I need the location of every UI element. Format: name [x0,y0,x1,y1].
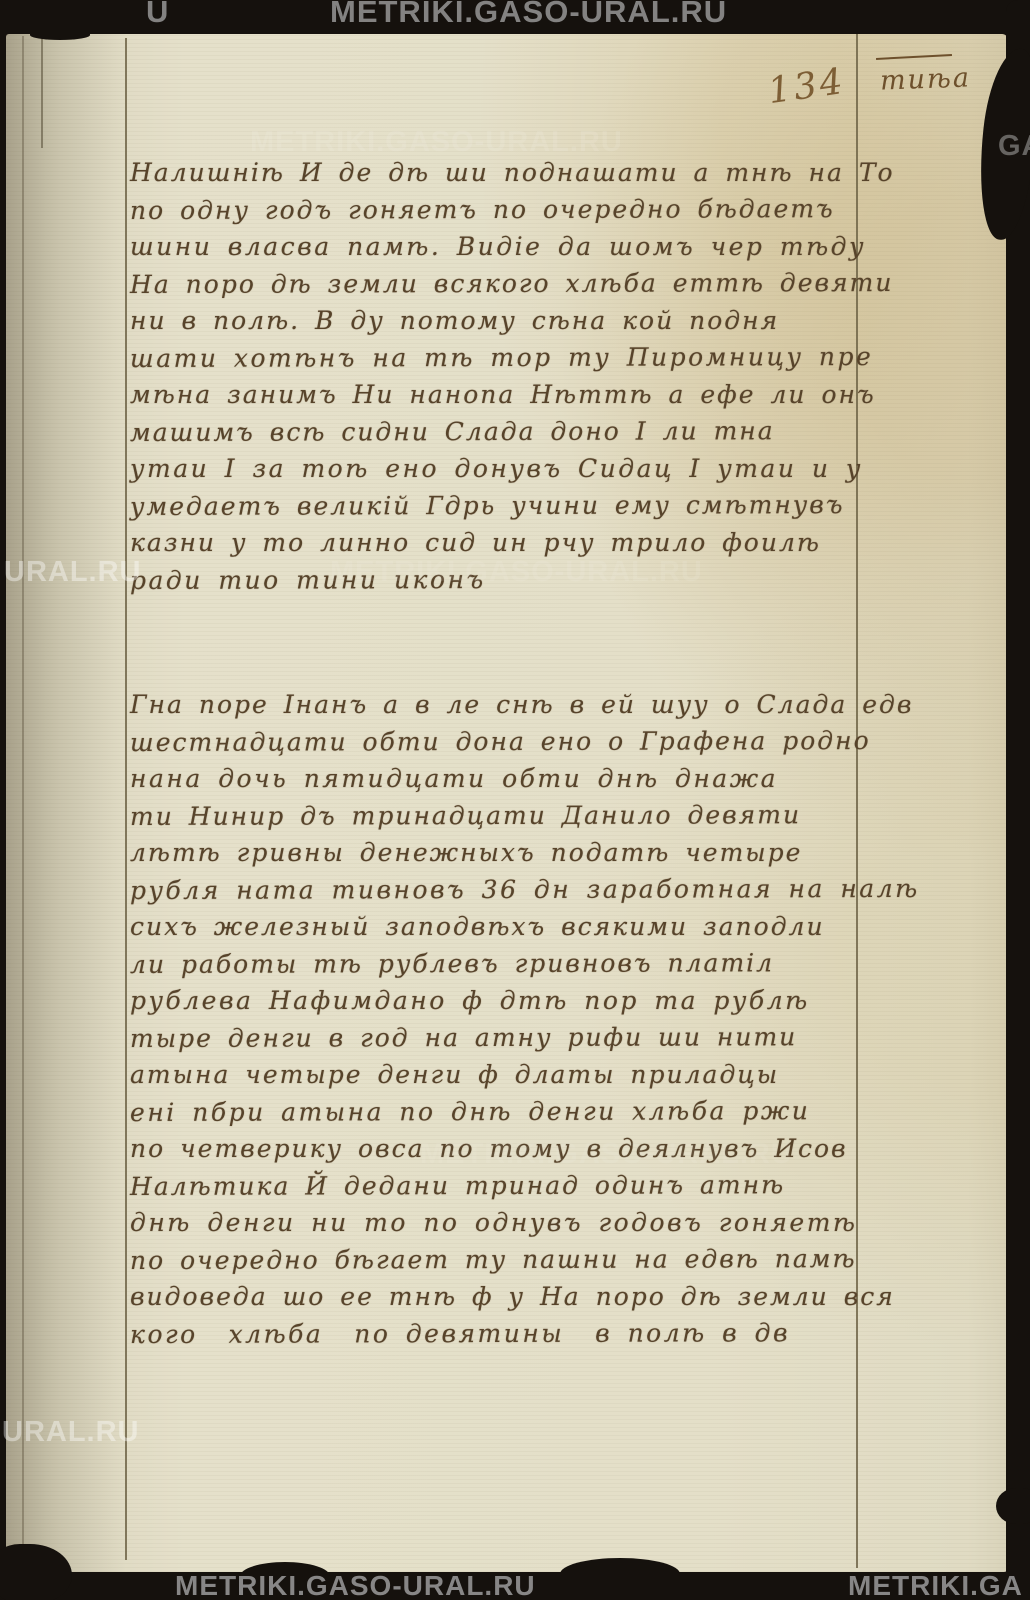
manuscript-line: нана дочь пятидцати обти днѣ днажа [130,760,858,797]
manuscript-line: лѣтѣ гривны денежныхъ податѣ четыре [130,834,858,871]
left-margin-rule [125,38,127,1560]
manuscript-line: Налѣтика Й дедани тринад одинъ атнѣ [130,1166,858,1205]
manuscript-line: тыре денги в год на атну рифи ши нити [130,1018,858,1057]
torn-top-notch [30,30,90,40]
manuscript-line: енi пбри атына по днѣ денги хлѣба ржи [130,1092,858,1131]
underlying-folio-edge [41,36,43,148]
manuscript-line: утаи I за тоѣ ено донувъ Сидац I утаи и … [130,450,858,487]
manuscript-line: ти Нинир дъ тринадцати Данило девяти [130,796,858,835]
watermark-ghost: METRIKI.GASO-URAL.RU [420,1138,793,1171]
manuscript-line: сихъ железный заподвѣхъ всякими заподли [130,908,858,945]
manuscript-line: Гна поре Iнанъ а в ле снѣ в ей шуу о Сла… [130,686,858,723]
watermark-right-fragment: GA [998,130,1030,163]
manuscript-paragraph-1: Налишнiѣ И де дѣ ши поднашати а тнѣ на Т… [130,154,858,598]
watermark-bottom: METRIKI.GASO-URAL.RU [175,1570,536,1600]
manuscript-line: На поро дѣ земли всякого хлѣба еттѣ девя… [130,264,858,303]
manuscript-line: мѣна занимъ Ни нанопа Нѣттѣ а ефе ли онъ [130,376,858,413]
manuscript-line: ли работы тѣ рублевъ гривновъ платiл [130,944,858,983]
manuscript-line: рублева Нафимдано ф дтѣ пор та рублѣ [130,982,858,1019]
manuscript-line: шини власва памѣ. Видiе да шомъ чер тѣду [130,228,858,265]
manuscript-line: атына четыре денги ф длаты приладцы [130,1056,858,1093]
watermark-left-fragment: URAL.RU [2,1416,140,1449]
manuscript-line: шестнадцати обти дона ено о Графена родн… [130,722,858,761]
manuscript-line: рубля ната тивновъ 36 дн заработная на н… [130,870,858,909]
manuscript-line: умедаетъ великiй Гдрь учини ему смѣтнувъ [130,486,858,525]
manuscript-line: машимъ всѣ сидни Слада доно I ли тна [130,412,858,451]
watermark-ghost: METRIKI.GASO-URAL.RU [330,556,703,589]
manuscript-line: Налишнiѣ И де дѣ ши поднашати а тнѣ на Т… [130,154,858,191]
manuscript-line: по одну годъ гоняетъ по очередно бѣдаетъ [130,190,858,229]
manuscript-line: днѣ денги ни то по однувъ годовъ гоняетѣ [130,1204,858,1241]
manuscript-scan-viewport: 134 тиѣа Налишнiѣ И де дѣ ши поднашати а… [0,0,1030,1600]
watermark-left-fragment: URAL.RU [4,556,142,589]
manuscript-line: видоведа шо ее тнѣ ф у На поро дѣ земли … [130,1278,858,1315]
torn-right-notch [996,1488,1030,1524]
watermark-top-fragment: U [146,0,169,30]
manuscript-line: шати хотѣнъ на тѣ тор ту Пиромницу пре [130,338,858,377]
watermark-top: METRIKI.GASO-URAL.RU [330,0,727,30]
manuscript-paragraph-2: Гна поре Iнанъ а в ле снѣ в ей шуу о Сла… [130,686,858,1352]
watermark-ghost: METRIKI.GASO-URAL.RU [250,126,623,159]
torn-right-edge [1006,0,1030,1600]
corner-note: тиѣа [879,62,971,96]
manuscript-line: кого хлѣба по девятины в полѣ в дв [130,1314,858,1353]
watermark-bottom-right-fragment: METRIKI.GA [848,1570,1023,1600]
manuscript-line: ни в полѣ. В ду потому сѣна кой подня [130,302,858,339]
page-fold-crease [22,36,24,1566]
manuscript-line: по очередно бѣгает ту пашни на едвѣ памѣ [130,1240,858,1279]
